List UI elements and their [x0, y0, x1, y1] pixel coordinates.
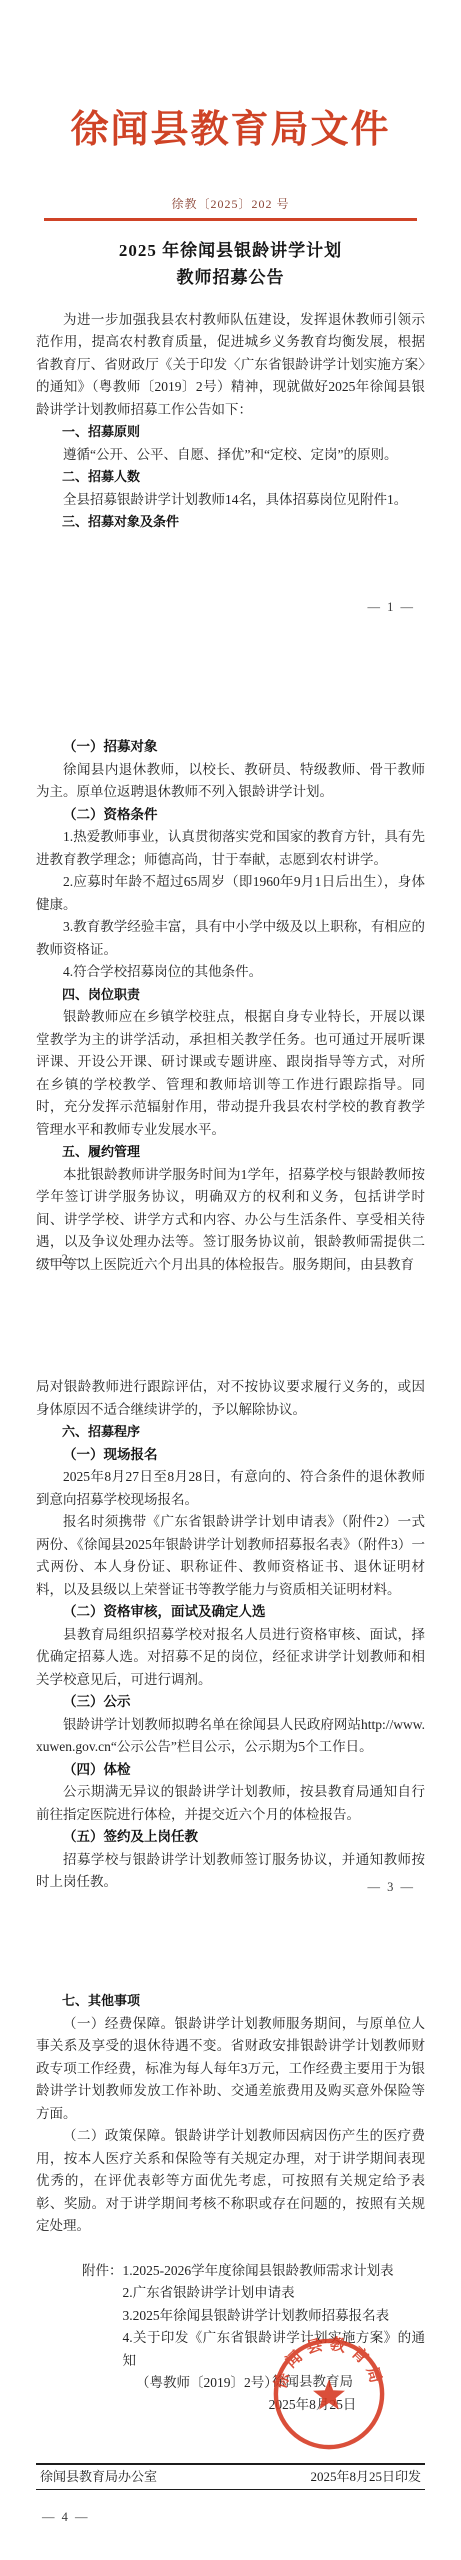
paragraph: 银龄教师应在乡镇学校驻点，根据自身专业特长，开展以课堂教学为主的讲学活动，承担相…: [36, 1006, 425, 1141]
paragraph: （一）经费保障。银龄讲学计划教师服务期间，与原单位人事关系及享受的退休待遇不变。…: [36, 2013, 425, 2126]
subsection-heading: （二）资格条件: [36, 804, 425, 827]
attachments-label: 附件：: [82, 2260, 123, 2283]
paragraph: （二）政策保障。银龄讲学计划教师因病因伤产生的医疗费用，按本人医疗关系和保险等有…: [36, 2125, 425, 2238]
doc-number: 徐教〔2025〕202 号: [36, 196, 425, 212]
paragraph: 报名时须携带《广东省银龄讲学计划申请表》（附件2）一式两份、《徐闻县2025年银…: [36, 1511, 425, 1601]
paragraph: 4.符合学校招募岗位的其他条件。: [36, 961, 425, 984]
paragraph: 2.应募时年龄不超过65周岁（即1960年9月1日后出生），身体健康。: [36, 871, 425, 916]
page-2-body: （一）招募对象 徐闻县内退休教师，以校长、教研员、特级教师、骨干教师为主。原单位…: [36, 640, 425, 1276]
page-number: — 4 —: [42, 2506, 90, 2529]
section-heading-2: 二、招募人数: [36, 466, 425, 489]
signature-block: 徐闻县教育局 2025年8月25日: [225, 2370, 400, 2416]
page-number: — 2 —: [42, 1248, 90, 1271]
section-heading-6: 六、招募程序: [36, 1421, 425, 1444]
doc-title-line1: 2025 年徐闻县银龄讲学计划: [119, 241, 342, 260]
section-heading-7: 七、其他事项: [36, 1990, 425, 2013]
footer-office: 徐闻县教育局办公室: [40, 2466, 157, 2489]
paragraph-with-url: 银龄讲学计划教师拟聘名单在徐闻县人民政府网站http://www.xuwen.g…: [36, 1714, 425, 1759]
section-heading-5: 五、履约管理: [36, 1141, 425, 1164]
doc-title-line2: 教师招募公告: [177, 268, 285, 287]
subsection-heading: （一）现场报名: [36, 1444, 425, 1467]
section-heading-4: 四、岗位职责: [36, 984, 425, 1007]
signature-org: 徐闻县教育局: [225, 2370, 400, 2393]
attachment-item-2: 2.广东省银龄讲学计划申请表: [123, 2282, 426, 2305]
signature-date: 2025年8月25日: [225, 2393, 400, 2416]
section-heading-3: 三、招募对象及条件: [36, 511, 425, 534]
subsection-heading: （一）招募对象: [36, 736, 425, 759]
paragraph: 公示期满无异议的银龄讲学计划教师，按县教育局通知自行前往指定医院进行体检，并提交…: [36, 1781, 425, 1826]
document-page-1: 徐闻县教育局文件 徐教〔2025〕202 号 2025 年徐闻县银龄讲学计划教师…: [0, 0, 461, 640]
subsection-heading: （二）资格审核，面试及确定人选: [36, 1601, 425, 1624]
document-page-3: 局对银龄教师进行跟踪评估，对不按协议要求履行义务的，或因身体原因不适合继续讲学的…: [0, 1280, 461, 1920]
issuing-org-banner: 徐闻县教育局文件: [36, 108, 425, 152]
attachment-item-4: 4.关于印发《广东省银龄讲学计划实施方案》的通知: [123, 2327, 426, 2372]
page-3-body: 局对银龄教师进行跟踪评估，对不按协议要求履行义务的，或因身体原因不适合继续讲学的…: [36, 1280, 425, 1894]
doc-title: 2025 年徐闻县银龄讲学计划教师招募公告: [36, 237, 425, 291]
section-heading-1: 一、招募原则: [36, 421, 425, 444]
footer-bar: 徐闻县教育局办公室 2025年8月25日印发: [36, 2463, 425, 2490]
paragraph: 全县招募银龄讲学计划教师14名，具体招募岗位见附件1。: [36, 489, 425, 512]
subsection-heading: （四）体检: [36, 1759, 425, 1782]
page-4-body: 七、其他事项 （一）经费保障。银龄讲学计划教师服务期间，与原单位人事关系及享受的…: [36, 1920, 425, 2395]
paragraph: 1.热爱教师事业，认真贯彻落实党和国家的教育方针，具有先进教育教学理念；师德高尚…: [36, 826, 425, 871]
document-page-2: （一）招募对象 徐闻县内退休教师，以校长、教研员、特级教师、骨干教师为主。原单位…: [0, 640, 461, 1280]
official-document: 徐闻县教育局文件 徐教〔2025〕202 号 2025 年徐闻县银龄讲学计划教师…: [0, 0, 461, 2560]
paragraph: 本批银龄教师讲学服务时间为1学年，招募学校与银龄教师按学年签订讲学服务协议，明确…: [36, 1164, 425, 1277]
paragraph: 2025年8月27日至8月28日，有意向的、符合条件的退休教师到意向招募学校现场…: [36, 1466, 425, 1511]
page-1-body: 为进一步加强我县农村教师队伍建设，发挥退休教师引领示范作用，提高农村教育质量，促…: [36, 309, 425, 534]
red-divider-line: [44, 218, 417, 221]
paragraph: 县教育局组织招募学校对报名人员进行资格审核、面试，择优确定招募人选。对招募不足的…: [36, 1624, 425, 1692]
page-number: — 3 —: [368, 1876, 416, 1899]
footer-print-date: 2025年8月25日印发: [310, 2466, 421, 2489]
attachment-item-3: 3.2025年徐闻县银龄讲学计划教师招募报名表: [123, 2305, 426, 2328]
subsection-heading: （五）签约及上岗任教: [36, 1826, 425, 1849]
paragraph-continued: 局对银龄教师进行跟踪评估，对不按协议要求履行义务的，或因身体原因不适合继续讲学的…: [36, 1376, 425, 1421]
paragraph: 3.教育教学经验丰富，具有中小学中级及以上职称，有相应的教师资格证。: [36, 916, 425, 961]
attachment-item-1: 1.2025-2026学年度徐闻县银龄教师需求计划表: [123, 2260, 426, 2283]
paragraph-intro: 为进一步加强我县农村教师队伍建设，发挥退休教师引领示范作用，提高农村教育质量，促…: [36, 309, 425, 422]
document-page-4: 七、其他事项 （一）经费保障。银龄讲学计划教师服务期间，与原单位人事关系及享受的…: [0, 1920, 461, 2560]
subsection-heading: （三）公示: [36, 1691, 425, 1714]
page-number: — 1 —: [368, 596, 416, 619]
paragraph: 徐闻县内退休教师，以校长、教研员、特级教师、骨干教师为主。原单位返聘退休教师不列…: [36, 759, 425, 804]
paragraph: 遵循“公开、公平、自愿、择优”和“定校、定岗”的原则。: [36, 444, 425, 467]
